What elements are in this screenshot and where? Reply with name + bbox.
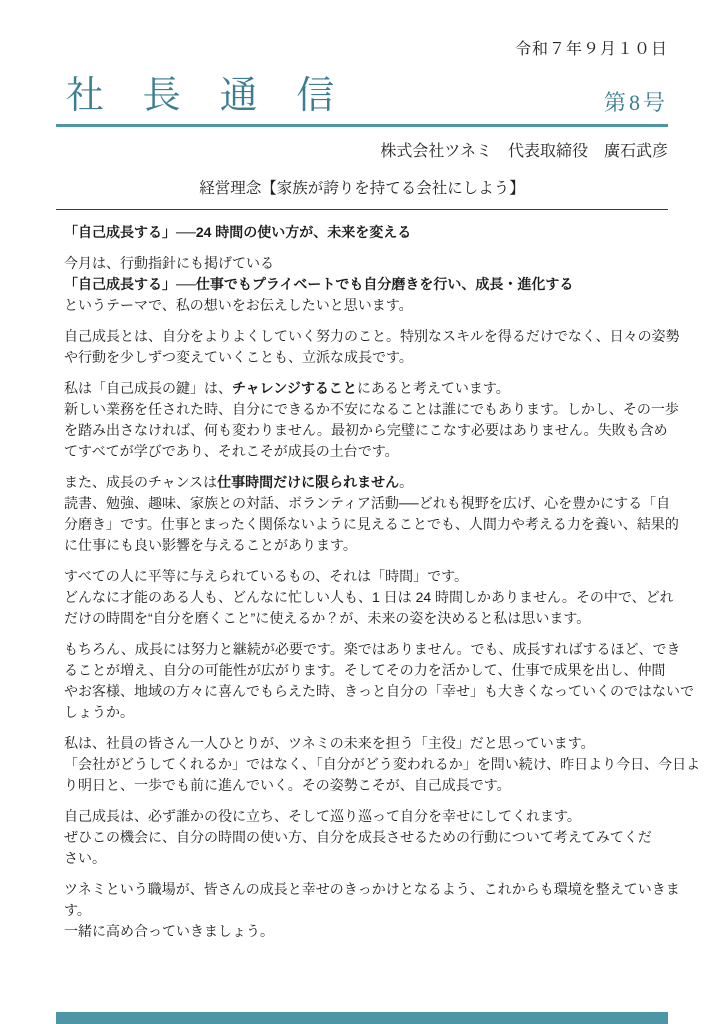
paragraph: 私は「自己成長の鍵」は、チャレンジすることにあると考えています。新しい業務を任さ… <box>64 378 668 462</box>
paragraph: 私は、社員の皆さん一人ひとりが、ツネミの未来を担う「主役」だと思っています。「会… <box>64 733 668 796</box>
footer-teal-bar <box>56 1012 668 1024</box>
company-byline: 株式会社ツネミ 代表取締役 廣石武彦 <box>56 138 668 161</box>
philosophy-line: 経営理念【家族が誇りを持てる会社にしよう】 <box>56 176 668 198</box>
newsletter-page: 令和７年９月１０日 社長通信 第8号 株式会社ツネミ 代表取締役 廣石武彦 経営… <box>0 0 724 1024</box>
article-headline: 「自己成長する」──24 時間の使い方が、未来を変える <box>64 222 668 243</box>
issue-date: 令和７年９月１０日 <box>56 36 668 59</box>
paragraph: 自己成長は、必ず誰かの役に立ち、そして巡り巡って自分を幸せにしてくれます。ぜひこ… <box>64 806 668 869</box>
issue-number: 第8号 <box>604 92 668 115</box>
newsletter-title: 社長通信 <box>56 77 373 115</box>
dark-divider <box>56 209 668 210</box>
paragraph: 今月は、行動指針にも掲げている「自己成長する」──仕事でもプライベートでも自分磨… <box>64 253 668 316</box>
article-body: 「自己成長する」──24 時間の使い方が、未来を変える 今月は、行動指針にも掲げ… <box>56 222 668 942</box>
paragraph: もちろん、成長には努力と継続が必要です。楽ではありません。でも、成長すればするほ… <box>64 639 668 723</box>
paragraph: 自己成長とは、自分をよりよくしていく努力のこと。特別なスキルを得るだけでなく、日… <box>64 326 668 368</box>
paragraph: ツネミという職場が、皆さんの成長と幸せのきっかけとなるよう、これからも環境を整え… <box>64 879 668 942</box>
teal-divider <box>56 124 668 127</box>
paragraph: すべての人に平等に与えられているもの、それは「時間」です。どんなに才能のある人も… <box>64 566 668 629</box>
paragraph: また、成長のチャンスは仕事時間だけに限られません。読書、勉強、趣味、家族との対話… <box>64 472 668 556</box>
masthead: 社長通信 第8号 <box>56 77 668 115</box>
